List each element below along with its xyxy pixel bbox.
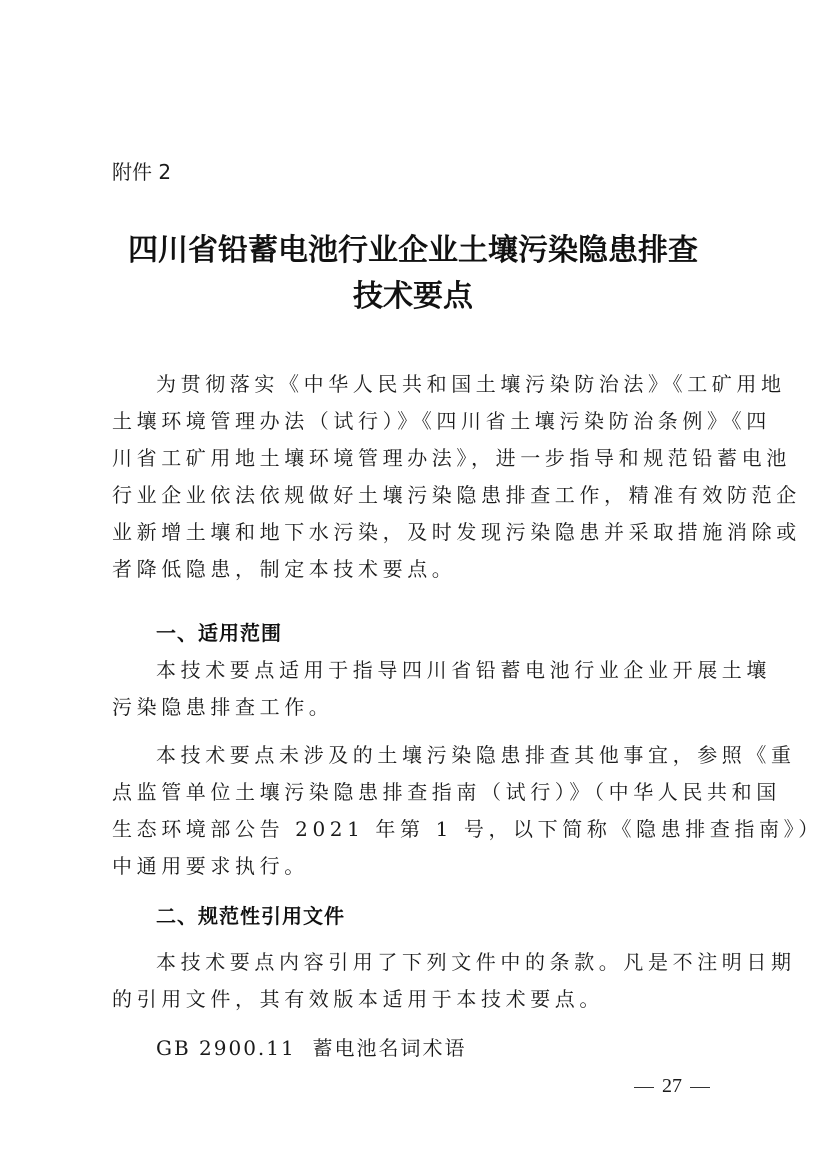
text-line: 本技术要点内容引用了下列文件中的条款。凡是不注明日期 bbox=[112, 944, 716, 981]
text-line: 为贯彻落实《中华人民共和国土壤污染防治法》《工矿用地 bbox=[112, 366, 716, 403]
document-title-line-1: 四川省铅蓄电池行业企业土壤污染隐患排查 bbox=[100, 228, 726, 274]
text-line: 中通用要求执行。 bbox=[112, 848, 716, 885]
document-title-line-2: 技术要点 bbox=[100, 274, 726, 320]
scope-paragraph-2: 本技术要点未涉及的土壤污染隐患排查其他事宜，参照《重 点监管单位土壤污染隐患排查… bbox=[112, 737, 716, 885]
text-line: 的引用文件，其有效版本适用于本技术要点。 bbox=[112, 981, 716, 1018]
text-line: 行业企业依法依规做好土壤污染隐患排查工作，精准有效防范企 bbox=[112, 477, 716, 514]
reference-item-gb-2900-11: GB 2900.11 蓄电池名词术语 bbox=[112, 1030, 716, 1067]
intro-paragraph: 为贯彻落实《中华人民共和国土壤污染防治法》《工矿用地 土壤环境管理办法（试行）》… bbox=[112, 366, 716, 588]
scope-paragraph-1: 本技术要点适用于指导四川省铅蓄电池行业企业开展土壤 污染隐患排查工作。 bbox=[112, 652, 716, 726]
text-line: 本技术要点适用于指导四川省铅蓄电池行业企业开展土壤 bbox=[112, 652, 716, 689]
text-line: 者降低隐患，制定本技术要点。 bbox=[112, 551, 716, 588]
text-line: 点监管单位土壤污染隐患排查指南（试行）》（中华人民共和国 bbox=[112, 774, 716, 811]
text-line: 污染隐患排查工作。 bbox=[112, 689, 716, 726]
attachment-label: 附件 2 bbox=[112, 158, 171, 186]
page-number-value: 27 bbox=[662, 1075, 682, 1097]
page-number: 27 bbox=[626, 1074, 718, 1098]
dash-left bbox=[634, 1087, 654, 1089]
section-heading-normative-references: 二、规范性引用文件 bbox=[156, 898, 345, 935]
text-line: 土壤环境管理办法（试行）》《四川省土壤污染防治条例》《四 bbox=[112, 403, 716, 440]
text-line: GB 2900.11 蓄电池名词术语 bbox=[112, 1030, 716, 1067]
text-line: 生态环境部公告 2021 年第 1 号，以下简称《隐患排查指南》） bbox=[112, 811, 716, 848]
text-line: 川省工矿用地土壤环境管理办法》，进一步指导和规范铅蓄电池 bbox=[112, 440, 716, 477]
section-heading-scope: 一、适用范围 bbox=[156, 615, 282, 652]
text-line: 本技术要点未涉及的土壤污染隐患排查其他事宜，参照《重 bbox=[112, 737, 716, 774]
dash-right bbox=[690, 1087, 710, 1089]
document-page: 附件 2 四川省铅蓄电池行业企业土壤污染隐患排查 技术要点 为贯彻落实《中华人民… bbox=[0, 0, 826, 1169]
text-line: 业新增土壤和地下水污染，及时发现污染隐患并采取措施消除或 bbox=[112, 514, 716, 551]
references-paragraph-1: 本技术要点内容引用了下列文件中的条款。凡是不注明日期 的引用文件，其有效版本适用… bbox=[112, 944, 716, 1018]
